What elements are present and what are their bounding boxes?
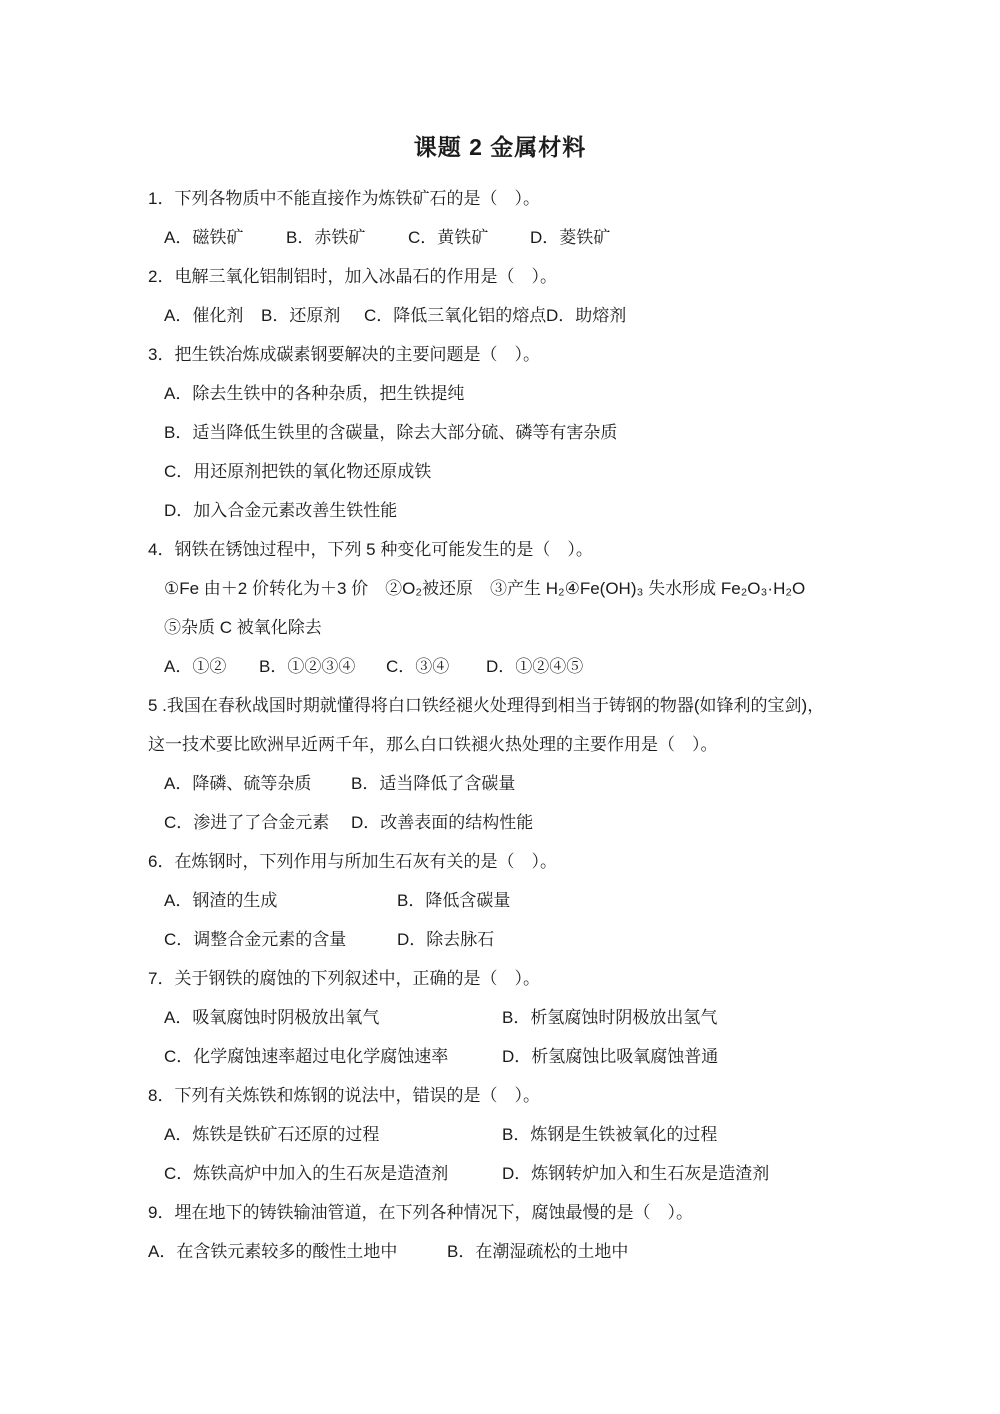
question-8-options-row-2: C．炼铁高炉中加入的生石灰是造渣剂 D．炼钢转炉加入和生石灰是造渣剂 — [148, 1152, 960, 1191]
option-8-a: A．炼铁是铁矿石还原的过程 — [164, 1120, 502, 1145]
option-6-b: B．降低含碳量 — [397, 886, 510, 911]
document-page: 课题 2 金属材料 1．下列各物质中不能直接作为炼铁矿石的是（ ）。 A．磁铁矿… — [0, 0, 1000, 1414]
option-5-c: C．渗进了了合金元素 — [164, 808, 351, 833]
document-body: 1．下列各物质中不能直接作为炼铁矿石的是（ ）。 A．磁铁矿 B．赤铁矿 C．黄… — [148, 177, 960, 1269]
option-3-b: B．适当降低生铁里的含碳量，除去大部分硫、磷等有害杂质 — [148, 411, 960, 450]
option-2-d: D．助熔剂 — [546, 301, 626, 326]
option-8-d: D．炼钢转炉加入和生石灰是造渣剂 — [502, 1159, 769, 1184]
question-6-text: 6．在炼钢时，下列作用与所加生石灰有关的是（ ）。 — [148, 840, 960, 879]
option-8-c: C．炼铁高炉中加入的生石灰是造渣剂 — [164, 1159, 502, 1184]
question-5-text-line-1: 5 .我国在春秋战国时期就懂得将白口铁经褪火处理得到相当于铸钢的物器(如锋利的宝… — [148, 684, 960, 723]
option-7-a: A．吸氧腐蚀时阴极放出氧气 — [164, 1003, 502, 1028]
option-1-d: D．菱铁矿 — [530, 223, 610, 248]
question-5-text-line-2: 这一技术要比欧洲早近两千年，那么白口铁褪火热处理的主要作用是（ ）。 — [148, 723, 960, 762]
option-6-a: A．钢渣的生成 — [164, 886, 397, 911]
question-7-options-row-1: A．吸氧腐蚀时阴极放出氧气 B．析氢腐蚀时阴极放出氢气 — [148, 996, 960, 1035]
option-2-a: A．催化剂 — [164, 301, 261, 326]
option-5-d: D．改善表面的结构性能 — [351, 808, 533, 833]
option-6-d: D．除去脉石 — [397, 925, 494, 950]
option-4-b: B．①②③④ — [259, 652, 386, 677]
question-1-options: A．磁铁矿 B．赤铁矿 C．黄铁矿 D．菱铁矿 — [148, 216, 960, 255]
page-title: 课题 2 金属材料 — [0, 129, 1000, 162]
question-7-options-row-2: C．化学腐蚀速率超过电化学腐蚀速率 D．析氢腐蚀比吸氧腐蚀普通 — [148, 1035, 960, 1074]
option-3-a: A．除去生铁中的各种杂质，把生铁提纯 — [148, 372, 960, 411]
option-7-b: B．析氢腐蚀时阴极放出氢气 — [502, 1003, 717, 1028]
option-9-a: A．在含铁元素较多的酸性土地中 — [148, 1237, 447, 1262]
option-1-b: B．赤铁矿 — [286, 223, 408, 248]
question-8-text: 8．下列有关炼铁和炼钢的说法中，错误的是（ ）。 — [148, 1074, 960, 1113]
question-2-options: A．催化剂 B．还原剂 C．降低三氧化铝的熔点 D．助熔剂 — [148, 294, 960, 333]
option-4-d: D．①②④⑤ — [486, 652, 583, 677]
question-4-options: A．①② B．①②③④ C．③④ D．①②④⑤ — [148, 645, 960, 684]
question-2-text: 2．电解三氧化铝制铝时，加入冰晶石的作用是（ ）。 — [148, 255, 960, 294]
option-2-b: B．还原剂 — [261, 301, 364, 326]
question-3-text: 3．把生铁冶炼成碳素钢要解决的主要问题是（ ）。 — [148, 333, 960, 372]
question-4-text: 4．钢铁在锈蚀过程中，下列 5 种变化可能发生的是（ ）。 — [148, 528, 960, 567]
option-3-c: C．用还原剂把铁的氧化物还原成铁 — [148, 450, 960, 489]
option-1-a: A．磁铁矿 — [164, 223, 286, 248]
option-9-b: B．在潮湿疏松的土地中 — [447, 1237, 628, 1262]
question-9-options: A．在含铁元素较多的酸性土地中 B．在潮湿疏松的土地中 — [148, 1230, 960, 1269]
option-7-d: D．析氢腐蚀比吸氧腐蚀普通 — [502, 1042, 718, 1067]
question-4-statement-2: ⑤杂质 C 被氧化除去 — [148, 606, 960, 645]
question-8-options-row-1: A．炼铁是铁矿石还原的过程 B．炼钢是生铁被氧化的过程 — [148, 1113, 960, 1152]
option-3-d: D．加入合金元素改善生铁性能 — [148, 489, 960, 528]
question-5-options-row-1: A．降磷、硫等杂质 B．适当降低了含碳量 — [148, 762, 960, 801]
option-4-c: C．③④ — [386, 652, 486, 677]
option-7-c: C．化学腐蚀速率超过电化学腐蚀速率 — [164, 1042, 502, 1067]
question-6-options-row-1: A．钢渣的生成 B．降低含碳量 — [148, 879, 960, 918]
option-6-c: C．调整合金元素的含量 — [164, 925, 397, 950]
question-5-options-row-2: C．渗进了了合金元素 D．改善表面的结构性能 — [148, 801, 960, 840]
option-5-a: A．降磷、硫等杂质 — [164, 769, 351, 794]
question-4-statement-1: ①Fe 由＋2 价转化为＋3 价 ②O₂被还原 ③产生 H₂④Fe(OH)₃ 失… — [148, 567, 960, 606]
option-8-b: B．炼钢是生铁被氧化的过程 — [502, 1120, 717, 1145]
option-2-c: C．降低三氧化铝的熔点 — [364, 301, 546, 326]
question-6-options-row-2: C．调整合金元素的含量 D．除去脉石 — [148, 918, 960, 957]
option-4-a: A．①② — [164, 652, 259, 677]
question-9-text: 9．埋在地下的铸铁输油管道，在下列各种情况下，腐蚀最慢的是（ ）。 — [148, 1191, 960, 1230]
question-7-text: 7．关于钢铁的腐蚀的下列叙述中，正确的是（ ）。 — [148, 957, 960, 996]
option-1-c: C．黄铁矿 — [408, 223, 530, 248]
question-1-text: 1．下列各物质中不能直接作为炼铁矿石的是（ ）。 — [148, 177, 960, 216]
option-5-b: B．适当降低了含碳量 — [351, 769, 515, 794]
